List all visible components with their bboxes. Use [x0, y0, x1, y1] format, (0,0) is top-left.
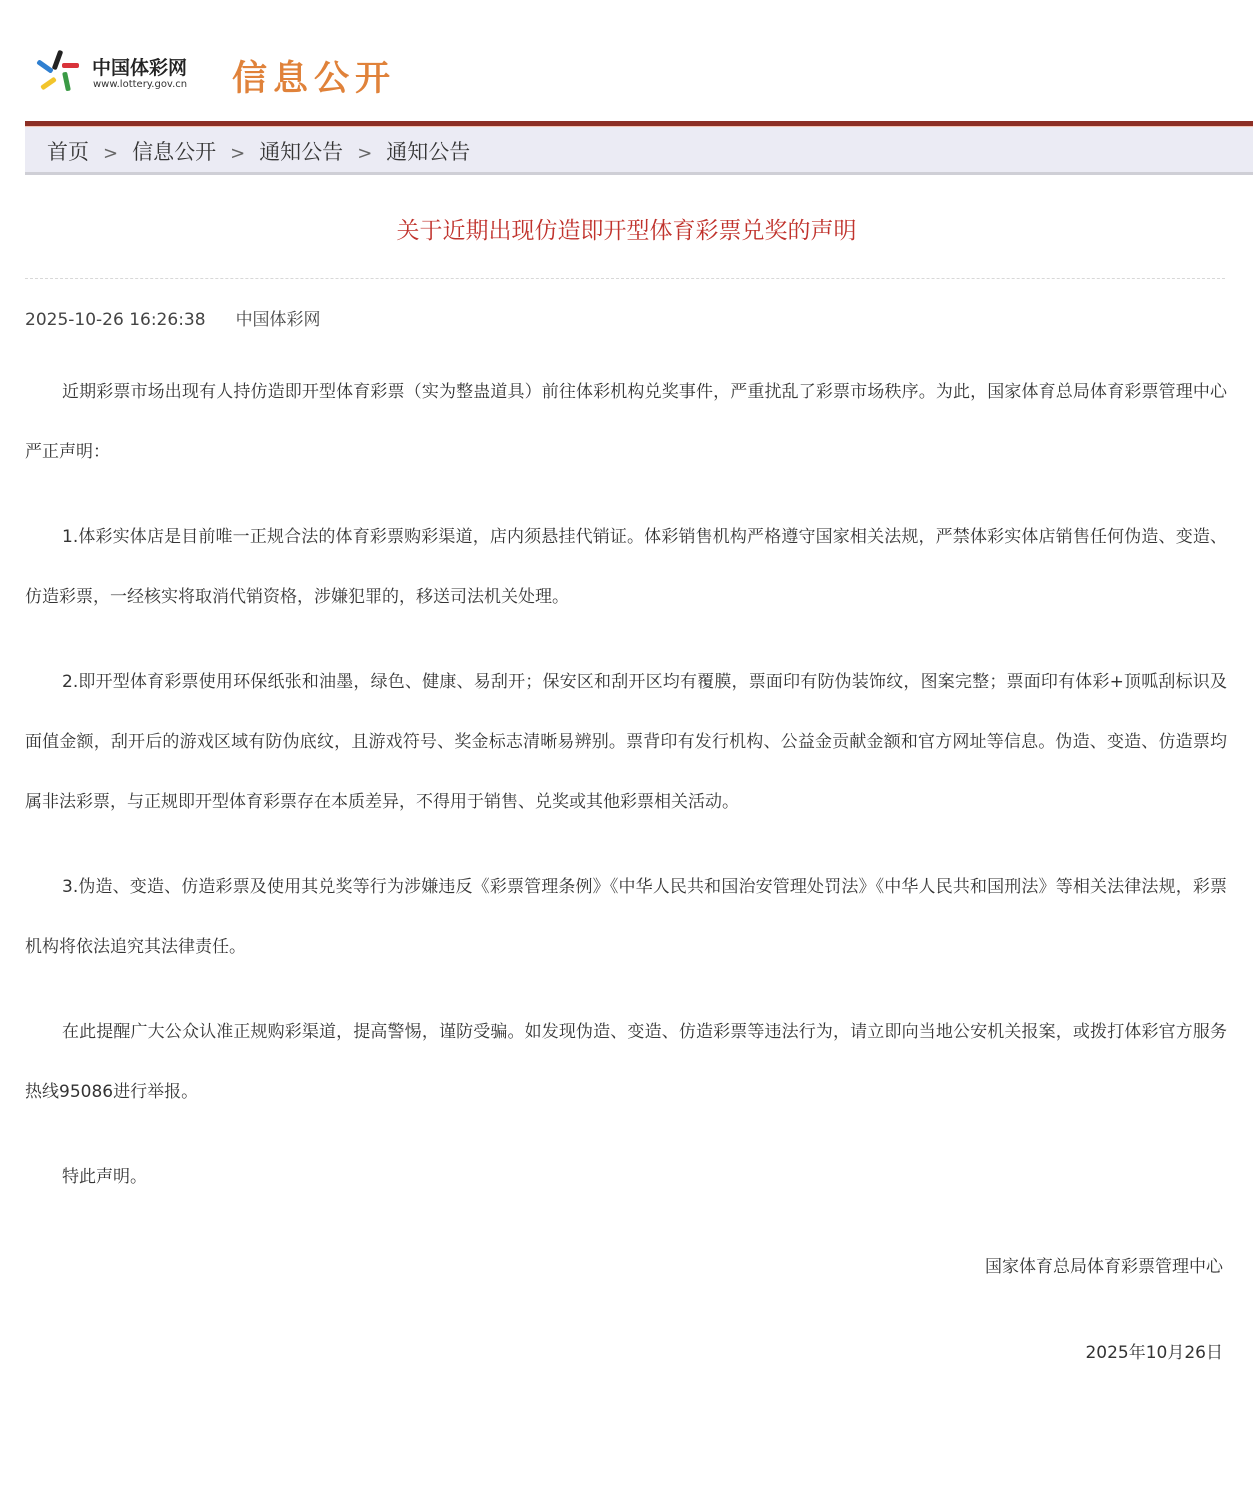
signature-org: 国家体育总局体育彩票管理中心: [985, 1252, 1223, 1277]
brand-name[interactable]: 中国体彩网: [92, 53, 187, 80]
paragraph-closing: 特此声明。: [25, 1147, 1227, 1207]
logo-stroke-red: [62, 63, 79, 68]
paragraph-reminder: 在此提醒广大公众认准正规购彩渠道，提高警惕，谨防受骗。如发现伪造、变造、仿造彩票…: [25, 1002, 1227, 1122]
title-divider: [25, 278, 1225, 279]
breadcrumb-info-disclosure[interactable]: 信息公开: [132, 140, 216, 164]
logo-stroke-yellow: [40, 77, 57, 91]
article-source: 中国体彩网: [236, 310, 321, 330]
publish-datetime: 2025-10-26 16:26:38: [25, 310, 206, 330]
logo-stroke-green: [62, 72, 71, 92]
brand-url[interactable]: www.lottery.gov.cn: [93, 79, 187, 90]
breadcrumb-home[interactable]: 首页: [47, 140, 89, 164]
breadcrumb: 首页>信息公开>通知公告>通知公告: [47, 136, 470, 166]
article-title: 关于近期出现仿造即开型体育彩票兑奖的声明: [0, 212, 1253, 245]
paragraph-3: 3.伪造、变造、仿造彩票及使用其兑奖等行为涉嫌违反《彩票管理条例》《中华人民共和…: [25, 857, 1227, 977]
site-header: 中国体彩网 www.lottery.gov.cn 信息公开: [0, 0, 1253, 120]
breadcrumb-separator: >: [103, 143, 118, 164]
article-meta: 2025-10-26 16:26:38中国体彩网: [25, 305, 321, 330]
breadcrumb-separator: >: [357, 143, 372, 164]
lottery-logo-icon[interactable]: [34, 50, 80, 94]
breadcrumb-separator: >: [230, 143, 245, 164]
breadcrumb-bar: 首页>信息公开>通知公告>通知公告: [25, 121, 1253, 175]
signature-date: 2025年10月26日: [1085, 1338, 1223, 1363]
article-body: 近期彩票市场出现有人持仿造即开型体育彩票（实为整蛊道具）前往体彩机构兑奖事件，严…: [25, 362, 1227, 1232]
breadcrumb-notices[interactable]: 通知公告: [259, 140, 343, 164]
paragraph-1: 1.体彩实体店是目前唯一正规合法的体育彩票购彩渠道，店内须悬挂代销证。体彩销售机…: [25, 507, 1227, 627]
paragraph-intro: 近期彩票市场出现有人持仿造即开型体育彩票（实为整蛊道具）前往体彩机构兑奖事件，严…: [25, 362, 1227, 482]
breadcrumb-current[interactable]: 通知公告: [386, 140, 470, 164]
section-title: 信息公开: [232, 51, 396, 101]
paragraph-2: 2.即开型体育彩票使用环保纸张和油墨，绿色、健康、易刮开；保安区和刮开区均有覆膜…: [25, 652, 1227, 832]
